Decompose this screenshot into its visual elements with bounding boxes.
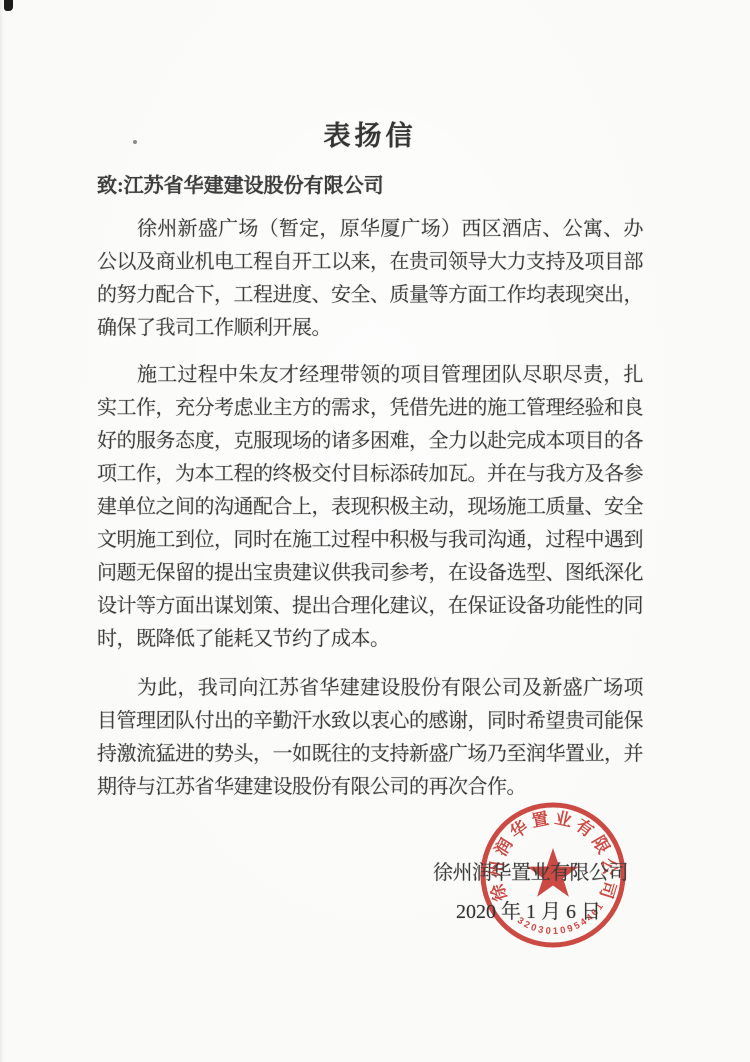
signature-date: 2020 年 1 月 6 日 [97,896,643,929]
paragraph-3: 为此，我司向江苏省华建建设股份有限公司及新盛广场项目管理团队付出的辛勤汗水致以衷… [97,672,643,804]
page-title: 表扬信 [97,118,643,154]
salutation-line: 致:江苏省华建建设股份有限公司 [97,170,643,203]
paragraph-1: 徐州新盛广场（暂定，原华厦广场）西区酒店、公寓、办公以及商业机电工程自开工以来，… [97,213,643,345]
scanned-letter-page: 表扬信 致:江苏省华建建设股份有限公司 徐州新盛广场（暂定，原华厦广场）西区酒店… [0,0,750,1062]
letter-body: 表扬信 致:江苏省华建建设股份有限公司 徐州新盛广场（暂定，原华厦广场）西区酒店… [97,0,643,929]
signature-block: 徐州润华置业有限公司 2020 年 1 月 6 日 [97,857,643,929]
paragraph-2: 施工过程中朱友才经理带领的项目管理团队尽职尽责，扎实工作，充分考虑业主方的需求，… [97,359,643,656]
scan-artifact-corner-mark [4,0,13,11]
signature-company-name: 徐州润华置业有限公司 [97,857,643,890]
